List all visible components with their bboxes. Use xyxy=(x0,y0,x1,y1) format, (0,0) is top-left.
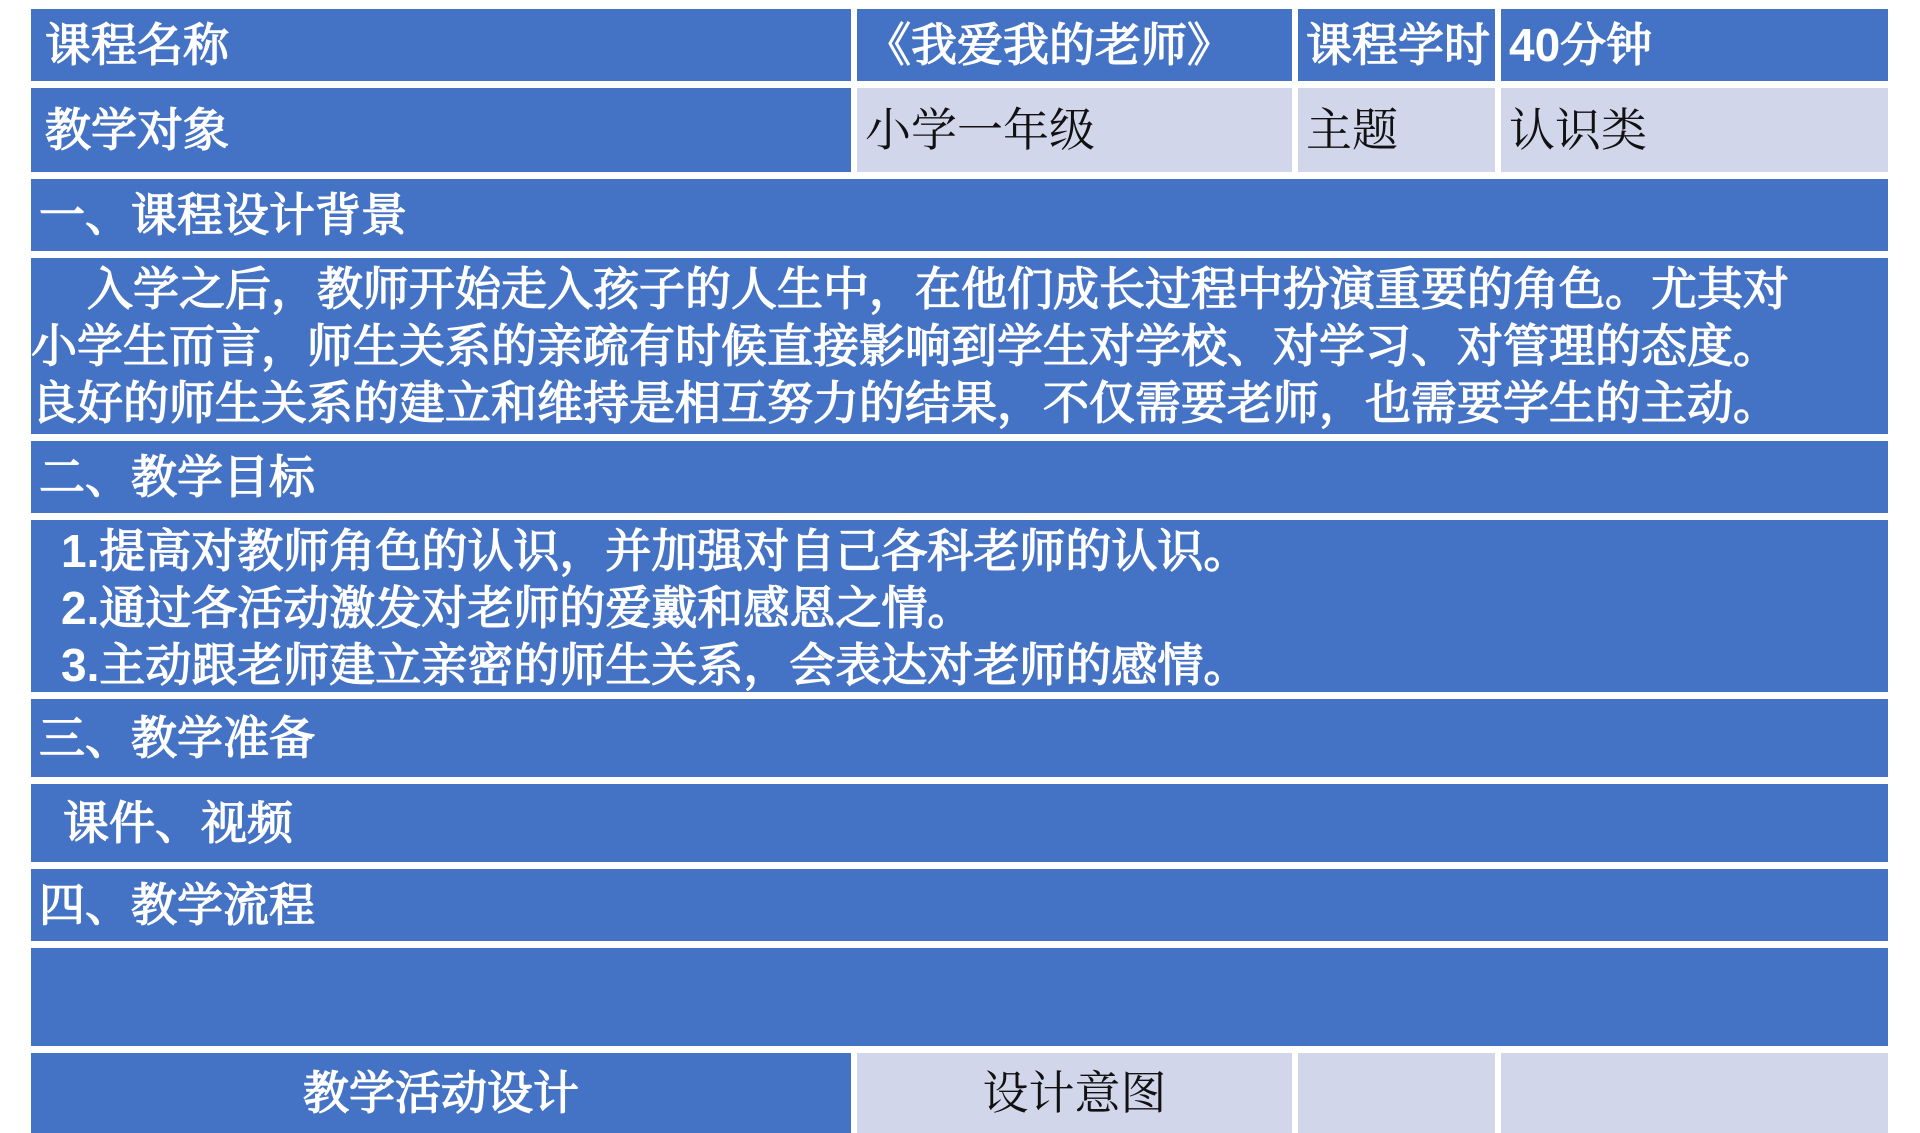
objective-item: 1.提高对教师角色的认识，并加强对自己各科老师的认识。 xyxy=(31,523,1888,580)
footer-empty-cell xyxy=(1298,1053,1495,1080)
theme-value-cell: 认识类 xyxy=(1501,88,1888,172)
section-title-process: 四、教学流程 xyxy=(31,869,1888,941)
background-paragraph: 入学之后，教师开始走入孩子的人生中，在他们成长过程中扮演重要的角色。尤其对 小学… xyxy=(31,258,1888,434)
theme-label-cell: 主题 xyxy=(1298,88,1495,172)
audience-value-cell: 小学一年级 xyxy=(857,88,1292,172)
section-title-preparation: 三、教学准备 xyxy=(31,699,1888,777)
background-line: 良好的师生关系的建立和维持是相互努力的结果，不仅需要老师，也需要学生的主动。 xyxy=(31,375,1888,432)
objective-item: 3.主动跟老师建立亲密的师生关系，会表达对老师的感情。 xyxy=(31,637,1888,692)
background-line: 入学之后，教师开始走入孩子的人生中，在他们成长过程中扮演重要的角色。尤其对 xyxy=(31,261,1888,318)
course-hours-label-cell: 课程学时 xyxy=(1298,9,1495,81)
activity-design-header-cell: 教学活动设计 xyxy=(31,1053,851,1080)
footer-empty-cell xyxy=(1501,1053,1888,1080)
design-intent-header-cell: 设计意图 xyxy=(857,1053,1292,1080)
section-title-background: 一、课程设计背景 xyxy=(31,179,1888,251)
lesson-plan-table: 课程名称 《我爱我的老师》 课程学时 40分钟 教学对象 小学一年级 主题 认识… xyxy=(31,9,1888,1080)
section-title-objectives: 二、教学目标 xyxy=(31,441,1888,513)
objectives-list: 1.提高对教师角色的认识，并加强对自己各科老师的认识。 2.通过各活动激发对老师… xyxy=(31,520,1888,692)
course-name-label-cell: 课程名称 xyxy=(31,9,851,81)
background-line: 小学生而言，师生关系的亲疏有时候直接影响到学生对学校、对学习、对管理的态度。 xyxy=(31,318,1888,375)
objective-item: 2.通过各活动激发对老师的爱戴和感恩之情。 xyxy=(31,580,1888,637)
preparation-content: 课件、视频 xyxy=(31,784,1888,862)
course-name-value-cell: 《我爱我的老师》 xyxy=(857,9,1292,81)
audience-label-cell: 教学对象 xyxy=(31,88,851,172)
course-hours-value-cell: 40分钟 xyxy=(1501,9,1888,81)
process-empty-row xyxy=(31,948,1888,1046)
